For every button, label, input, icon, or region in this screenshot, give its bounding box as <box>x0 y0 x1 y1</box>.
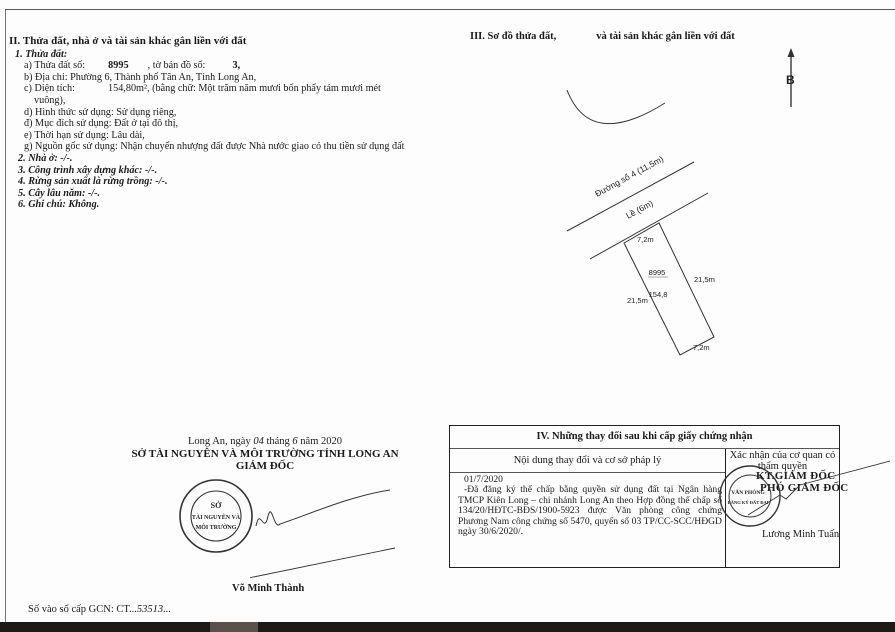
change-content-header: Nội dung thay đổi và cơ sở pháp lý <box>450 449 725 473</box>
svg-text:21,5m: 21,5m <box>627 296 648 305</box>
svg-text:MÔI TRƯỜNG: MÔI TRƯỜNG <box>196 523 237 531</box>
section-ii-title: II. Thửa đất, nhà ở và tài sản khác gắn … <box>9 36 419 48</box>
issuer-signature-block: Long An, ngày 04 tháng 6 năm 2020 SỞ TÀI… <box>130 436 400 472</box>
svg-text:B: B <box>786 73 795 87</box>
item-other-construction: 3. Công trình xây dựng khác: -/-. <box>18 165 419 177</box>
svg-text:Lề (6m): Lề (6m) <box>624 198 655 221</box>
area-value: 154,80m², (bằng chữ: Một trăm năm mươi b… <box>34 83 381 106</box>
svg-text:TÀI NGUYÊN VÀ: TÀI NGUYÊN VÀ <box>192 513 241 521</box>
change-content-column: Nội dung thay đổi và cơ sở pháp lý 01/7/… <box>450 449 726 567</box>
section-iv-title: IV. Những thay đổi sau khi cấp giấy chứn… <box>450 426 839 449</box>
svg-text:8995: 8995 <box>649 268 666 277</box>
left-border <box>5 10 6 622</box>
svg-text:7,2m: 7,2m <box>637 235 654 244</box>
certificate-page: II. Thửa đất, nhà ở và tài sản khác gắn … <box>0 0 895 622</box>
item-planted-forest: 4. Rừng sản xuất là rừng trồng: -/-. <box>18 176 419 188</box>
parcel-subtitle: 1. Thửa đất: <box>15 49 419 61</box>
use-term-row: e) Thời hạn sử dụng: Lâu dài, <box>24 130 419 142</box>
change-entry: 01/7/2020 -Đã đăng ký thế chấp bằng quyề… <box>450 473 725 537</box>
item-perennial-trees: 5. Cây lâu năm: -/-. <box>18 188 419 200</box>
use-form-row: d) Hình thức sử dụng: Sử dụng riêng, <box>24 107 419 119</box>
parcel-diagram: B Đường số 4 (11,5m) Lề (6m) 7,2m 21,5m … <box>450 40 895 420</box>
parcel-diagram-svg: B Đường số 4 (11,5m) Lề (6m) 7,2m 21,5m … <box>450 40 895 420</box>
parcel-number: 8995 <box>108 60 128 71</box>
change-entry-text: -Đã đăng ký thế chấp bằng quyền sử dụng … <box>458 485 722 537</box>
north-arrow-icon: B <box>786 48 795 107</box>
item-house: 2. Nhà ở: -/-. <box>18 153 419 165</box>
confirmer-signature-scribble <box>740 455 890 535</box>
parcel-number-row: a) Thửa đất số: 8995 , tờ bản đồ số: 3, <box>24 60 419 72</box>
svg-text:7,2m: 7,2m <box>693 343 710 352</box>
map-sheet-number: 3, <box>232 60 240 71</box>
svg-text:154,8: 154,8 <box>649 290 668 299</box>
area-row: c) Diện tích: 154,80m², (bằng chữ: Một t… <box>24 83 414 106</box>
issuer-role: GIÁM ĐỐC <box>130 460 400 472</box>
svg-text:SỞ: SỞ <box>211 500 222 510</box>
svg-text:Đường số 4 (11,5m): Đường số 4 (11,5m) <box>593 153 665 198</box>
item-notes: 6. Ghi chú: Không. <box>18 199 419 211</box>
official-stamp-icon: SỞ TÀI NGUYÊN VÀ MÔI TRƯỜNG <box>178 478 254 554</box>
use-purpose-row: đ) Mục đích sử dụng: Đất ở tại đô thị, <box>24 118 419 130</box>
scan-edge <box>0 622 895 632</box>
address-row: b) Địa chỉ: Phường 6, Thành phố Tân An, … <box>24 72 419 84</box>
issue-date: Long An, ngày 04 tháng 6 năm 2020 <box>130 436 400 447</box>
issuer-signer-name: Võ Minh Thành <box>232 583 304 594</box>
use-origin-row: g) Nguồn gốc sử dụng: Nhận chuyển nhượng… <box>24 141 414 153</box>
svg-text:21,5m: 21,5m <box>694 275 715 284</box>
issuing-organization: SỞ TÀI NGUYÊN VÀ MÔI TRƯỜNG TỈNH LONG AN <box>130 448 400 460</box>
registry-number: Số vào sổ cấp GCN: CT...53513... <box>28 604 171 615</box>
top-border <box>5 9 895 10</box>
section-ii-land-info: II. Thửa đất, nhà ở và tài sản khác gắn … <box>9 36 419 211</box>
